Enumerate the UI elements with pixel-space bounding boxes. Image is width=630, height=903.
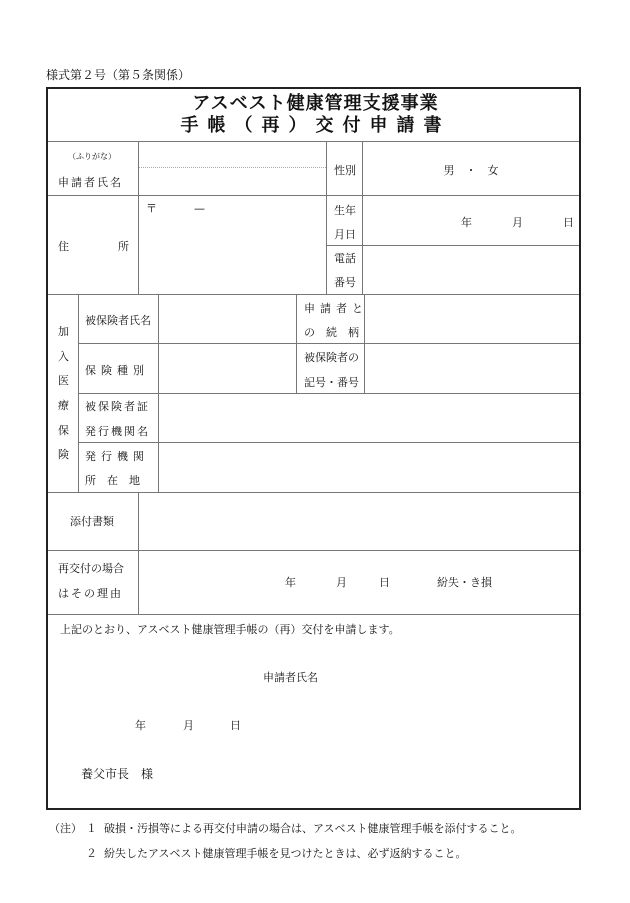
- notes-prefix: （注）: [49, 820, 82, 836]
- declaration-month: 月: [183, 720, 194, 731]
- reissue-label-2: はその理由: [58, 588, 123, 599]
- reissue-day: 日: [379, 577, 390, 588]
- note-number: ２: [86, 845, 97, 861]
- address-input[interactable]: [139, 196, 326, 294]
- insurance-type-label: 保険種別: [85, 365, 149, 376]
- attachments-label: 添付書類: [70, 516, 114, 527]
- issuer-name-label-1: 被保険者証: [85, 401, 150, 412]
- symbol-number-input[interactable]: [365, 344, 579, 393]
- sex-label: 性別: [334, 165, 356, 176]
- relation-input[interactable]: [365, 295, 579, 343]
- phone-label-2: 番号: [334, 277, 356, 288]
- note-text: 破損・汚損等による再交付申請の場合は、アスベスト健康管理手帳を添付すること。: [104, 820, 522, 836]
- issuer-address-label-1: 発行機関: [85, 451, 149, 462]
- birth-day: 日: [563, 217, 574, 228]
- phone-input[interactable]: [363, 246, 579, 294]
- insurance-group-char: 医: [58, 375, 69, 386]
- address-label-right: 所: [118, 241, 129, 252]
- application-form: アスベスト健康管理支援事業 手帳（再）交付申請書 （ふりがな） 申請者氏名 性別…: [46, 87, 581, 810]
- applicant-name-input[interactable]: [139, 168, 326, 195]
- reissue-year: 年: [285, 577, 296, 588]
- furigana-input[interactable]: [139, 142, 326, 167]
- phone-label-1: 電話: [334, 253, 356, 264]
- reissue-label-1: 再交付の場合: [58, 563, 124, 574]
- issuer-name-label-2: 発行機関名: [85, 426, 150, 437]
- birth-year: 年: [461, 217, 472, 228]
- insurance-group-char: 保: [58, 425, 69, 436]
- signer-name-input[interactable]: [328, 665, 568, 687]
- declaration-statement: 上記のとおり、アスベスト健康管理手帳の（再）交付を申請します。: [60, 624, 400, 635]
- attachments-input[interactable]: [139, 493, 579, 550]
- divider: [48, 614, 579, 615]
- insured-name-label: 被保険者氏名: [85, 315, 151, 326]
- addressee: 養父市長 様: [81, 768, 153, 780]
- birth-label-2: 月日: [334, 229, 356, 240]
- address-label-left: 住: [58, 241, 69, 252]
- reissue-reason-options[interactable]: 紛失・き損: [437, 577, 492, 588]
- applicant-name-label: 申請者氏名: [58, 177, 123, 188]
- relation-label-2: の 続 柄: [304, 327, 359, 338]
- insurance-group-char: 入: [58, 351, 69, 362]
- insurance-group-char: 加: [58, 326, 69, 337]
- issuer-name-input[interactable]: [159, 394, 579, 442]
- symbol-label-1: 被保険者の: [304, 352, 359, 363]
- furigana-label: （ふりがな）: [68, 153, 116, 161]
- note-number: １: [86, 820, 97, 836]
- declaration-day: 日: [230, 720, 241, 731]
- issuer-address-label-2: 所 在 地: [85, 475, 140, 486]
- form-title-line2: 手帳（再）交付申請書: [48, 117, 583, 135]
- divider: [296, 294, 297, 393]
- divider: [326, 141, 327, 294]
- insured-name-input[interactable]: [159, 295, 296, 343]
- issuer-address-input[interactable]: [159, 443, 579, 492]
- insurance-group-char: 険: [58, 449, 69, 460]
- reissue-month: 月: [336, 577, 347, 588]
- birth-month: 月: [512, 217, 523, 228]
- note-text: 紛失したアスベスト健康管理手帳を見つけたときは、必ず返納すること。: [104, 845, 467, 861]
- form-title-line1: アスベスト健康管理支援事業: [48, 95, 583, 113]
- symbol-label-2: 記号・番号: [304, 377, 359, 388]
- form-number: 様式第２号（第５条関係）: [46, 66, 190, 83]
- divider: [48, 550, 579, 551]
- divider: [78, 294, 79, 492]
- insurance-group-char: 療: [58, 400, 69, 411]
- insurance-type-input[interactable]: [159, 344, 296, 393]
- declaration-year: 年: [135, 720, 146, 731]
- birth-label-1: 生年: [334, 205, 356, 216]
- relation-label-1: 申請者と: [304, 303, 368, 314]
- signer-label: 申請者氏名: [263, 672, 318, 683]
- sex-options[interactable]: 男 ・ 女: [363, 165, 579, 176]
